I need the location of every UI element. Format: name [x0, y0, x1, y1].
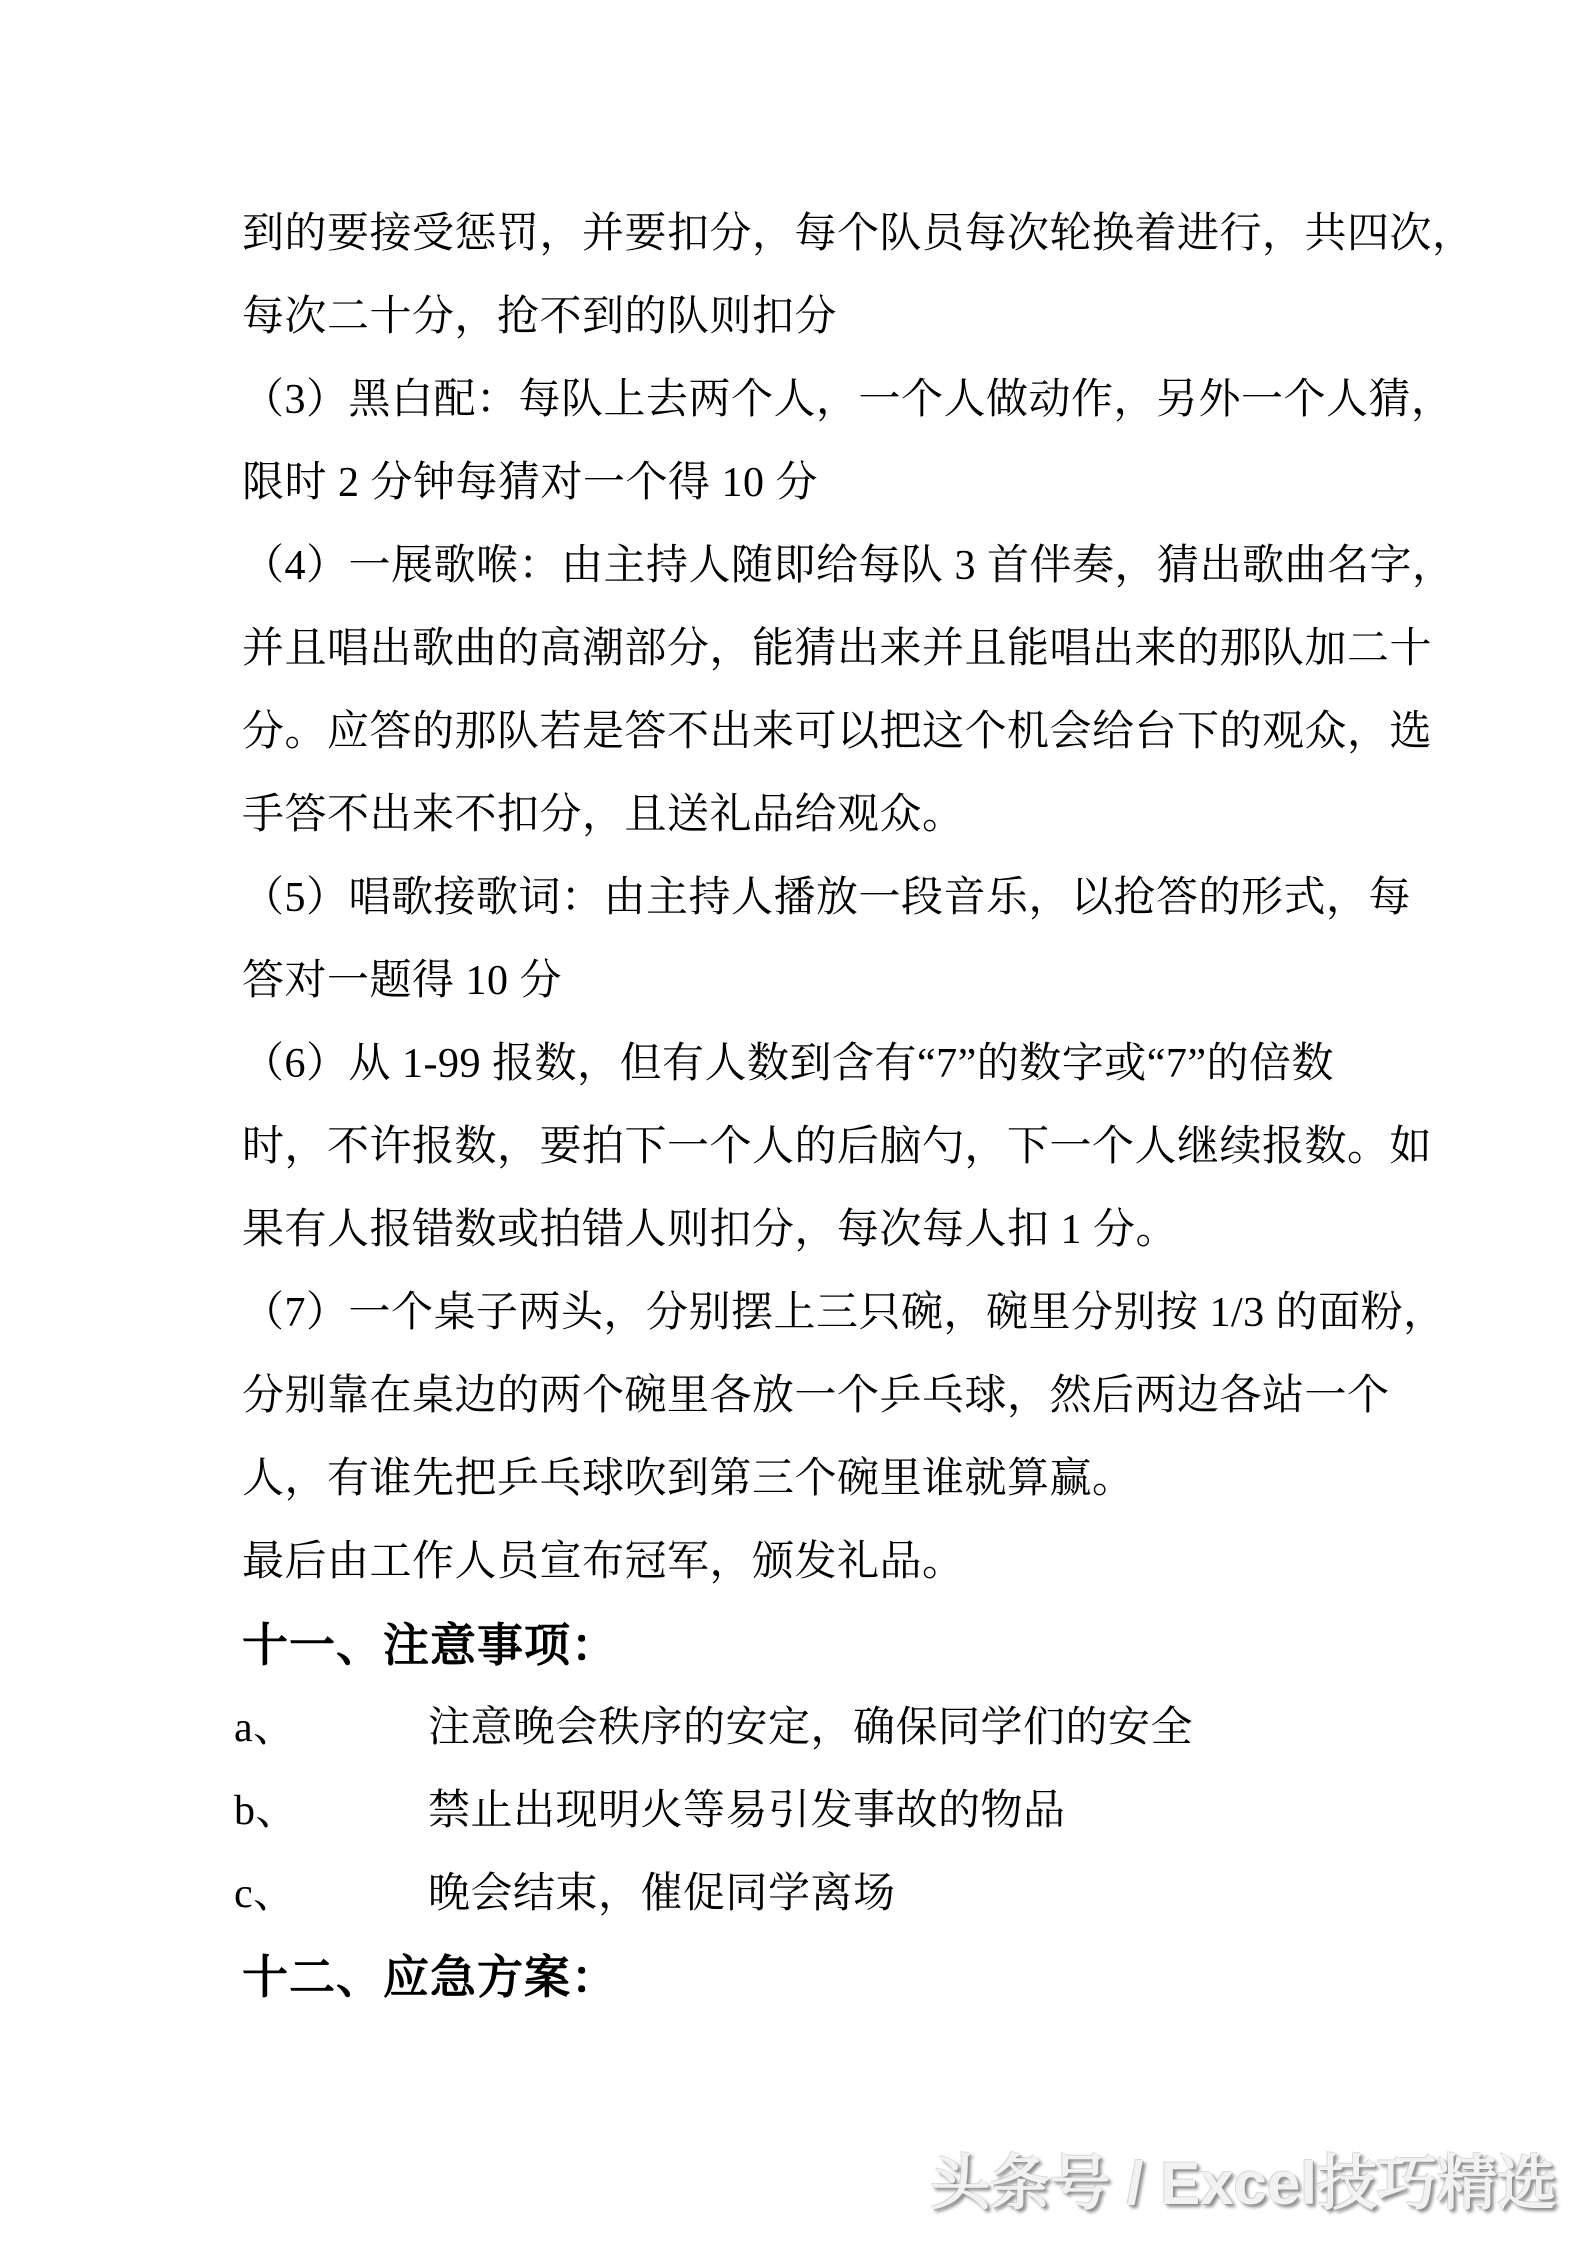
paragraph-line: 分别靠在桌边的两个碗里各放一个乒乓球，然后两边各站一个 — [242, 1355, 1392, 1438]
paragraph-line: 答对一题得 10 分 — [242, 940, 1392, 1023]
paragraph-line: （5）唱歌接歌词：由主持人播放一段音乐，以抢答的形式，每 — [242, 857, 1392, 940]
paragraph-line: 限时 2 分钟每猜对一个得 10 分 — [242, 442, 1392, 525]
paragraph-line: （4）一展歌喉：由主持人随即给每队 3 首伴奏，猜出歌曲名字， — [242, 525, 1392, 608]
list-item-marker: c、 — [234, 1853, 428, 1936]
paragraph-line: 并且唱出歌曲的高潮部分，能猜出来并且能唱出来的那队加二十 — [242, 608, 1392, 691]
document-page: 到的要接受惩罚，并要扣分，每个队员每次轮换着进行，共四次，每次二十分，抢不到的队… — [0, 0, 1587, 2245]
paragraph-line: （3）黑白配：每队上去两个人，一个人做动作，另外一个人猜， — [242, 359, 1392, 442]
list-item-text: 禁止出现明火等易引发事故的物品 — [428, 1788, 1066, 1834]
list-item-text: 注意晚会秩序的安定，确保同学们的安全 — [428, 1705, 1193, 1751]
list-item: a、注意晚会秩序的安定，确保同学们的安全 — [242, 1687, 1392, 1770]
list-item: b、禁止出现明火等易引发事故的物品 — [242, 1770, 1392, 1853]
paragraph-line: 人，有谁先把乒乓球吹到第三个碗里谁就算赢。 — [242, 1438, 1392, 1521]
paragraph-line: （6）从 1-99 报数，但有人数到含有“7”的数字或“7”的倍数 — [242, 1023, 1392, 1106]
paragraph-line: 最后由工作人员宣布冠军，颁发礼品。 — [242, 1521, 1392, 1604]
toutiao-watermark: 头条号 / Excel技巧精选 — [930, 2148, 1557, 2220]
paragraph-line: （7）一个桌子两头，分别摆上三只碗，碗里分别按 1/3 的面粉， — [242, 1272, 1392, 1355]
list-item-text: 晚会结束，催促同学离场 — [428, 1871, 896, 1917]
paragraph-line: 分。应答的那队若是答不出来可以把这个机会给台下的观众，选 — [242, 691, 1392, 774]
paragraph-line: 果有人报错数或拍错人则扣分，每次每人扣 1 分。 — [242, 1189, 1392, 1272]
list-item-marker: a、 — [234, 1687, 428, 1770]
paragraph-line: 到的要接受惩罚，并要扣分，每个队员每次轮换着进行，共四次， — [242, 193, 1392, 276]
section-heading: 十一、注意事项： — [242, 1604, 1392, 1687]
list-item: c、晚会结束，催促同学离场 — [242, 1853, 1392, 1936]
paragraph-line: 时，不许报数，要拍下一个人的后脑勺，下一个人继续报数。如 — [242, 1106, 1392, 1189]
paragraph-line: 手答不出来不扣分，且送礼品给观众。 — [242, 774, 1392, 857]
paragraph-line: 每次二十分，抢不到的队则扣分 — [242, 276, 1392, 359]
list-item-marker: b、 — [234, 1770, 428, 1853]
document-body: 到的要接受惩罚，并要扣分，每个队员每次轮换着进行，共四次，每次二十分，抢不到的队… — [242, 193, 1392, 2019]
section-heading: 十二、应急方案： — [242, 1936, 1392, 2019]
